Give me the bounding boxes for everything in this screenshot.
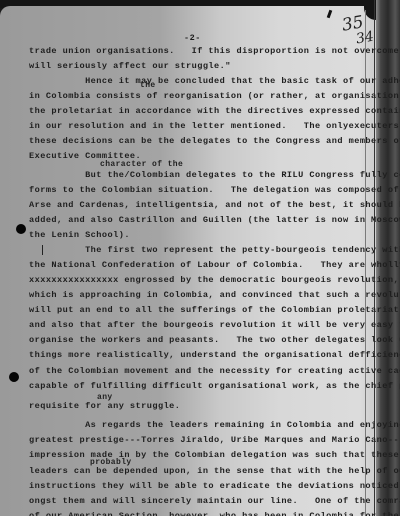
text-line: trade union organisations. If this dispr…	[29, 46, 400, 56]
text-line: But the/Colombian delegates to the RILU …	[29, 170, 400, 180]
text-line: requisite for any struggle.	[29, 401, 180, 411]
text-line: the National Confederation of Labour of …	[29, 260, 400, 270]
text-line: in our resolution and in the letter ment…	[29, 121, 400, 131]
text-line: ongst them and will sincerely maintain o…	[29, 496, 400, 506]
text-line: things more realistically, understand th…	[29, 350, 400, 360]
text-line: instructions they will be able to eradic…	[29, 481, 400, 491]
text-line: of our American Section, however, who ha…	[29, 511, 400, 516]
text-line: of the Colombian movement and the necess…	[29, 366, 400, 376]
text-line: these decisions can be the delegates to …	[29, 136, 400, 146]
text-line: The first two represent the petty-bourge…	[29, 245, 400, 255]
punch-hole	[9, 372, 19, 382]
text-line: the proletariat in accordance with the d…	[29, 106, 400, 116]
punch-hole	[16, 224, 26, 234]
text-line: will put an end to all the sufferings of…	[29, 305, 400, 315]
text-line: xxxxxxxxxxxxxxxx engrossed by the democr…	[29, 275, 399, 285]
text-line: added, and also Castrillon and Guillen (…	[29, 215, 400, 225]
text-line: the Lenin School).	[29, 230, 130, 240]
page-number: -2-	[184, 33, 201, 43]
folio-number-handwritten-secondary: 34	[355, 29, 375, 48]
text-line: As regards the leaders remaining in Colo…	[29, 420, 400, 430]
interlinear-insertion: character of the	[100, 160, 183, 169]
text-line: impression made in by the Colombian dele…	[29, 450, 399, 460]
text-line: which is approaching in Colombia, and co…	[29, 290, 400, 300]
text-line: organise the workers and peasants. The t…	[29, 335, 400, 345]
text-line: and also that after the bourgeois revolu…	[29, 320, 400, 330]
text-line: Arse and Cardenas, intelligentsia, and n…	[29, 200, 400, 210]
text-line: Hence it may be concluded that the basic…	[29, 76, 400, 86]
text-line: greatest prestige---Torres Jiraldo, Urib…	[29, 435, 400, 445]
text-line: will seriously affect our struggle."	[29, 61, 231, 71]
text-line: leaders can be depended upon, in the sen…	[29, 466, 400, 476]
text-line: Executive Committee.	[29, 151, 141, 161]
text-line: forms to the Colombian situation. The de…	[29, 185, 400, 195]
text-line: in Colombia consists of reorganisation (…	[29, 91, 400, 101]
text-line: capable of fulfilling difficult organisa…	[29, 381, 400, 391]
